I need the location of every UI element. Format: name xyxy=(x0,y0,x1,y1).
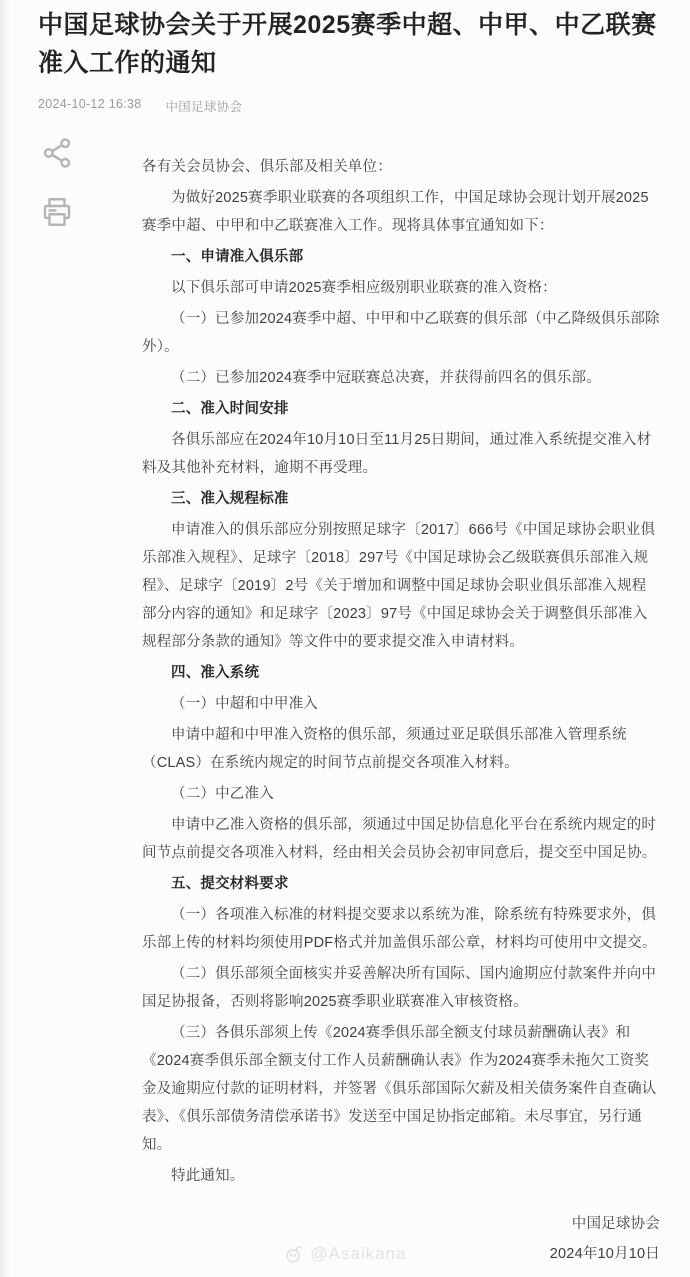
signature-org: 中国足球协会 xyxy=(0,1212,660,1233)
section-heading: 四、准入系统 xyxy=(142,659,660,687)
print-button[interactable] xyxy=(38,193,76,231)
paragraph: 各有关会员协会、俱乐部及相关单位： xyxy=(142,153,660,181)
watermark-doodle-icon xyxy=(283,1243,305,1265)
paragraph: 申请中乙准入资格的俱乐部，须通过中国足协信息化平台在系统内规定的时间节点前提交各… xyxy=(142,811,660,867)
printer-icon xyxy=(39,194,75,230)
page-title: 中国足球协会关于开展2025赛季中超、中甲、中乙联赛准入工作的通知 xyxy=(0,0,690,82)
paragraph: （二）已参加2024赛季中冠联赛总决赛，并获得前四名的俱乐部。 xyxy=(142,364,660,392)
paragraph: （三）各俱乐部须上传《2024赛季俱乐部全额支付球员薪酬确认表》和《2024赛季… xyxy=(142,1019,660,1159)
paragraph: （一）各项准入标准的材料提交要求以系统为准，除系统有特殊要求外，俱乐部上传的材料… xyxy=(142,901,660,957)
paragraph: （二）俱乐部须全面核实并妥善解决所有国际、国内逾期应付款案件并向中国足协报备，否… xyxy=(142,960,660,1016)
share-nodes-icon xyxy=(39,135,75,171)
paragraph: 申请准入的俱乐部应分别按照足球字〔2017〕666号《中国足球协会职业俱乐部准入… xyxy=(142,516,660,656)
paragraph: 以下俱乐部可申请2025赛季相应级别职业联赛的准入资格： xyxy=(142,274,660,302)
article-meta: 2024-10-12 16:38 中国足球协会 xyxy=(0,97,690,115)
paragraph: 特此通知。 xyxy=(142,1162,660,1190)
section-heading: 二、准入时间安排 xyxy=(142,395,660,423)
source-name: 中国足球协会 xyxy=(166,97,243,115)
paragraph: （一）已参加2024赛季中超、中甲和中乙联赛的俱乐部（中乙降级俱乐部除外）。 xyxy=(142,305,660,361)
share-button[interactable] xyxy=(38,134,76,172)
section-heading: 五、提交材料要求 xyxy=(142,870,660,898)
paragraph: 各俱乐部应在2024年10月10日至11月25日期间，通过准入系统提交准入材料及… xyxy=(142,426,660,482)
section-heading: 一、申请准入俱乐部 xyxy=(142,243,660,271)
paragraph: 为做好2025赛季职业联赛的各项组织工作，中国足球协会现计划开展2025赛季中超… xyxy=(142,184,660,240)
paragraph: 申请中超和中甲准入资格的俱乐部，须通过亚足联俱乐部准入管理系统（CLAS）在系统… xyxy=(142,721,660,777)
paragraph: （二）中乙准入 xyxy=(142,780,660,808)
paragraph: （一）中超和中甲准入 xyxy=(142,690,660,718)
watermark-handle: @Asaikana xyxy=(310,1244,406,1264)
article-body: 各有关会员协会、俱乐部及相关单位：为做好2025赛季职业联赛的各项组织工作，中国… xyxy=(142,153,660,1190)
publish-date: 2024-10-12 16:38 xyxy=(38,97,142,115)
watermark: @Asaikana xyxy=(0,1243,690,1265)
article-page: 中国足球协会关于开展2025赛季中超、中甲、中乙联赛准入工作的通知 2024-1… xyxy=(0,0,690,1277)
side-toolbar xyxy=(38,134,76,231)
section-heading: 三、准入规程标准 xyxy=(142,485,660,513)
